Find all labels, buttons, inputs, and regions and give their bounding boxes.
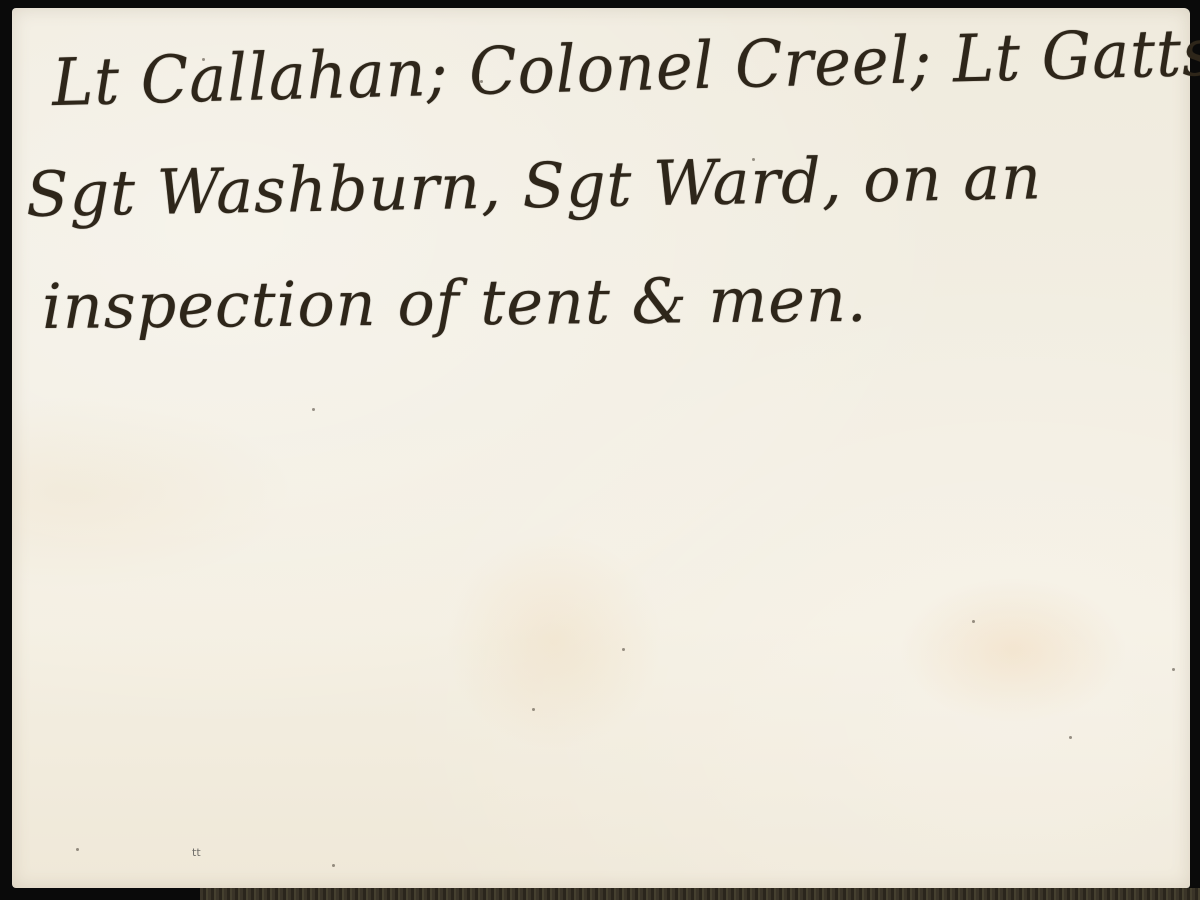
photo-scene: Lt Callahan; Colonel Creel; Lt Gatts Sgt… <box>0 0 1200 900</box>
margin-pencil-mark: tt <box>192 846 201 859</box>
handwriting-line-1: Lt Callahan; Colonel Creel; Lt Gatts <box>51 14 1200 121</box>
handwritten-note: Lt Callahan; Colonel Creel; Lt Gatts Sgt… <box>12 8 1190 888</box>
photo-card-back: Lt Callahan; Colonel Creel; Lt Gatts Sgt… <box>12 8 1190 888</box>
handwriting-line-2: Sgt Washburn, Sgt Ward, on an <box>25 140 1042 231</box>
handwriting-line-3: inspection of tent & men. <box>42 263 868 343</box>
background-texture-strip <box>200 888 1200 900</box>
